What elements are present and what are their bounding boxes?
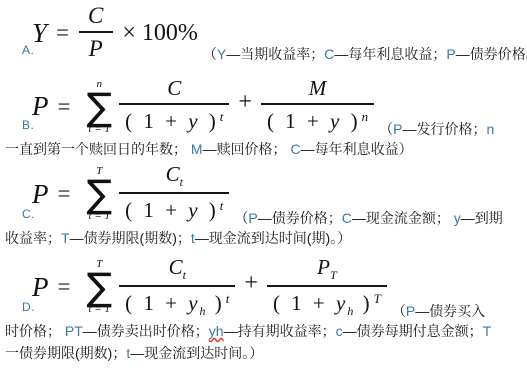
- formula-a: Y=CP× 100%: [32, 4, 198, 62]
- sigma-icon: ∑: [86, 91, 112, 123]
- summation: T∑t = 1: [86, 258, 112, 316]
- exponent: n: [362, 109, 369, 124]
- summation: T∑t = 1: [86, 165, 112, 223]
- latin-symbol: C: [290, 141, 300, 157]
- denominator: ( 1 + y )t: [119, 103, 229, 137]
- annotation-d-line3: 一债券期限(期数)；t—现金流到达时间。）: [5, 343, 527, 363]
- sigma-icon: ∑: [86, 271, 112, 303]
- annotation-d: （P—债券买入: [392, 301, 485, 321]
- formula-c: P=T∑t = 1Ct( 1 + y )t: [32, 162, 229, 226]
- numerator: Ct: [158, 162, 191, 192]
- exponent: t: [220, 109, 224, 124]
- exponent: t: [220, 198, 224, 213]
- option-b: B. P=n∑t = 1C( 1 + y )t+M( 1 + y )n （P—发…: [0, 76, 527, 159]
- equals-sign: =: [56, 20, 69, 46]
- subscript: T: [330, 268, 337, 282]
- numerator: M: [301, 76, 335, 103]
- latin-symbol: P: [393, 121, 402, 137]
- plus-sign: +: [238, 89, 252, 116]
- latin-symbol: C: [342, 210, 352, 226]
- subscript: t: [180, 175, 183, 189]
- annotation-c-line2: 收益率；T—债券期限(期数)；t—现金流到达时间(期)。）: [5, 228, 527, 248]
- latin-symbol: yh: [209, 323, 224, 339]
- exponent: T: [374, 291, 381, 306]
- sigma-icon: ∑: [86, 178, 112, 210]
- latin-symbol: C: [324, 46, 334, 62]
- equals-sign: =: [58, 94, 71, 120]
- numerator: C: [78, 4, 113, 31]
- summation: n∑t = 1: [86, 78, 112, 136]
- numerator: Ct: [161, 255, 194, 285]
- option-a-row: A. Y=CP× 100% （Y—当期收益率；C—每年利息收益；P—债券价格。）: [0, 4, 527, 62]
- option-b-row: B. P=n∑t = 1C( 1 + y )t+M( 1 + y )n （P—发…: [0, 76, 527, 137]
- option-c: C. P=T∑t = 1Ct( 1 + y )t （P—债券价格；C—现金流金额…: [0, 162, 527, 248]
- option-c-row: C. P=T∑t = 1Ct( 1 + y )t （P—债券价格；C—现金流金额…: [0, 162, 527, 226]
- option-d: D. P=T∑t = 1Ct( 1 + yh )t+PT( 1 + yh )T …: [0, 255, 527, 363]
- fraction-1: C( 1 + y )t: [119, 76, 229, 137]
- latin-symbol: T: [483, 323, 492, 339]
- numerator: PT: [309, 255, 345, 285]
- annotation-b-line2: 一直到第一个赎回日的年数； M—赎回价格； C—每年利息收益）: [5, 139, 527, 159]
- option-label-b: B.: [22, 118, 34, 132]
- fraction-2: M( 1 + y )n: [261, 76, 374, 137]
- denominator: P: [79, 31, 113, 62]
- option-d-row: D. P=T∑t = 1Ct( 1 + yh )t+PT( 1 + yh )T …: [0, 255, 527, 319]
- latin-symbol: n: [486, 121, 494, 137]
- plus-sign: +: [244, 270, 258, 297]
- times-100-percent: × 100%: [122, 20, 198, 47]
- sigma-lower-limit: t = 1: [89, 123, 110, 136]
- fraction-2: PT( 1 + yh )T: [267, 255, 387, 319]
- exponent: t: [226, 291, 230, 306]
- latin-symbol: P: [446, 46, 455, 62]
- denominator: ( 1 + y )t: [119, 192, 229, 226]
- denominator: ( 1 + yh )t: [119, 285, 235, 319]
- lhs-symbol: P: [32, 91, 49, 122]
- latin-symbol: t: [126, 345, 130, 361]
- lhs-symbol: P: [32, 272, 49, 303]
- fraction-1: Ct( 1 + y )t: [119, 162, 229, 226]
- annotation-a: （Y—当期收益率；C—每年利息收益；P—债券价格。）: [203, 44, 527, 64]
- fraction-1: Ct( 1 + yh )t: [119, 255, 235, 319]
- subscript: t: [183, 268, 186, 282]
- annotation-c: （P—债券价格；C—现金流金额； y—到期: [234, 208, 502, 228]
- formula-b: P=n∑t = 1C( 1 + y )t+M( 1 + y )n: [32, 76, 374, 137]
- option-label-a: A.: [22, 43, 34, 57]
- denominator: ( 1 + yh )T: [267, 285, 387, 319]
- denominator: ( 1 + y )n: [261, 103, 374, 137]
- option-a: A. Y=CP× 100% （Y—当期收益率；C—每年利息收益；P—债券价格。）: [0, 4, 527, 62]
- latin-symbol: P: [248, 210, 257, 226]
- latin-symbol: y: [454, 210, 461, 226]
- subscript: h: [200, 304, 206, 318]
- latin-symbol: T: [61, 230, 70, 246]
- latin-symbol: Y: [217, 46, 226, 62]
- latin-symbol: M: [191, 141, 203, 157]
- latin-symbol: P: [406, 303, 415, 319]
- subscript: h: [347, 304, 353, 318]
- lhs-symbol: P: [32, 179, 49, 210]
- option-label-c: C.: [22, 207, 35, 221]
- sigma-lower-limit: t = 1: [89, 210, 110, 223]
- option-label-d: D.: [22, 300, 35, 314]
- numerator: C: [159, 76, 189, 103]
- latin-symbol: PT: [65, 323, 83, 339]
- equals-sign: =: [58, 274, 71, 300]
- latin-symbol: c: [336, 323, 343, 339]
- annotation-d-line2: 时价格； PT—债券卖出时价格；yh—持有期收益率；c—债券每期付息金额；T: [5, 321, 527, 341]
- equals-sign: =: [58, 181, 71, 207]
- annotation-b: （P—发行价格；n: [379, 119, 494, 139]
- fraction: CP: [78, 4, 113, 62]
- latin-symbol: t: [191, 230, 195, 246]
- sigma-lower-limit: t = 1: [89, 303, 110, 316]
- formula-d: P=T∑t = 1Ct( 1 + yh )t+PT( 1 + yh )T: [32, 255, 387, 319]
